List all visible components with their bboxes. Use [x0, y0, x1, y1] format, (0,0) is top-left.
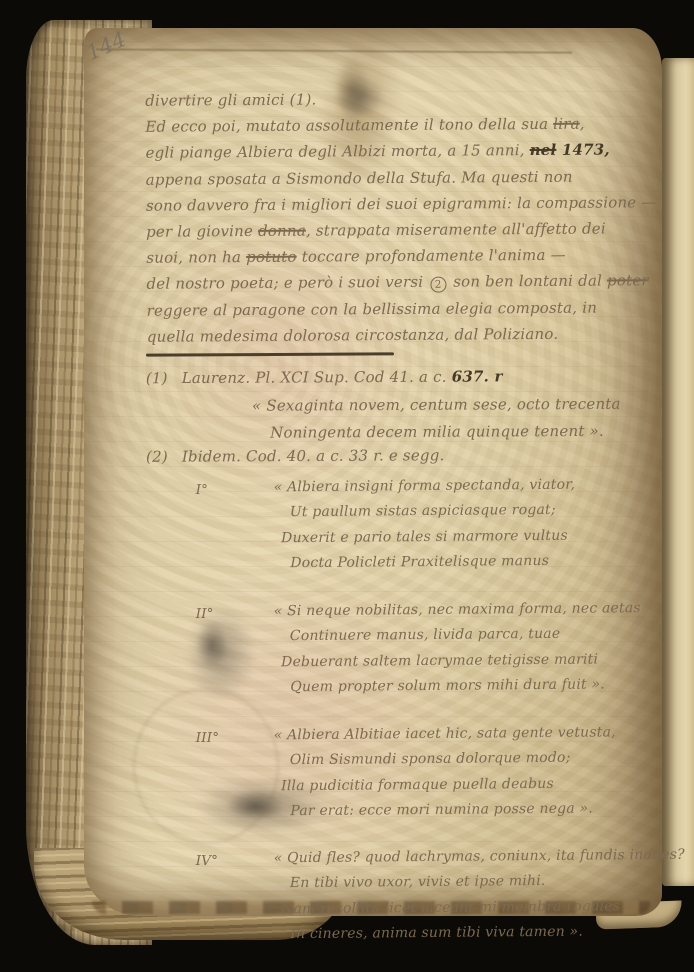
epigram-verse-line: Par erat: ecce mori numina posse nega ». [274, 796, 656, 825]
manuscript-line: sono davvero fra i migliori dei suoi epi… [146, 189, 638, 219]
epigram-verse-line: Duxerit e pario tales si marmore vultus [274, 523, 656, 552]
footnote-verse-line: « Sexaginta novem, centum sese, octo tre… [252, 390, 621, 419]
manuscript-line: appena sposata a Sismondo della Stufa. M… [146, 163, 638, 193]
epigram-verse-line: Illa pudicitia formaque puella deabus [274, 771, 656, 800]
manuscript-line: quella medesima dolorosa circostanza, da… [147, 320, 639, 350]
footnote-verse-line: Noningenta decem milia quinque tenent ». [270, 418, 621, 447]
epigram-verse-line: Continuere manus, livida parca, tuae [274, 621, 656, 650]
epigram-verse-line: In cineres, anima sum tibi viva tamen ». [274, 919, 656, 948]
text-segment: divertire gli amici (1). [145, 91, 316, 110]
text-segment: reggere al paragone con la bellissima el… [147, 298, 598, 319]
epigram-verse: « Albiera insigni forma spectanda, viato… [274, 472, 657, 577]
text-segment: nel [530, 141, 557, 159]
text-segment: sono davvero fra i migliori dei suoi epi… [146, 193, 657, 215]
epigram-verse-line: Olim Sismundi sponsa dolorque modo; [274, 745, 656, 774]
footnote-1-ref: (1) [146, 369, 168, 387]
epigram-verse: « Albiera Albitiae iacet hic, sata gente… [274, 720, 657, 825]
manuscript-line: reggere al paragone con la bellissima el… [147, 294, 639, 324]
epigram-block: I°« Albiera insigni forma spectanda, via… [196, 472, 657, 578]
manuscript-line: divertire gli amici (1). [145, 84, 637, 114]
footnote-1: (1)Laurenz. Pl. XCI Sup. Cod 41. a c. 63… [146, 363, 621, 448]
epigram-verse-line: « Si neque nobilitas, nec maxima forma, … [274, 596, 656, 625]
epigram-verse-line: « Albiera Albitiae iacet hic, sata gente… [274, 720, 656, 749]
epigram-number: IV° [196, 849, 219, 875]
text-segment: 637. r [452, 367, 503, 385]
epigram-verse-line: Docta Policleti Praxitelisque manus [274, 548, 656, 577]
manuscript-line: per la giovine donna, strappata miserame… [146, 215, 638, 245]
footnote-2: (2)Ibidem. Cod. 40. a c. 33 r. e segg. [146, 446, 445, 466]
text-segment: toccare profondamente l'anima — [297, 246, 566, 266]
epigram-number: II° [196, 602, 214, 628]
text-segment: donna [258, 222, 306, 240]
footnote-1-citation-line: (1)Laurenz. Pl. XCI Sup. Cod 41. a c. 63… [146, 363, 621, 393]
footnote-2-citation: Ibidem. Cod. 40. a c. 33 r. e segg. [182, 446, 445, 465]
epigram-block: II°« Si neque nobilitas, nec maxima form… [196, 596, 657, 702]
text-segment: potuto [246, 248, 297, 266]
epigram-verse-line: Nam resoluta licet iaceant mi membra rog… [274, 894, 656, 923]
text-segment: lira [553, 115, 580, 133]
epigram-verse-line: « Albiera insigni forma spectanda, viato… [274, 472, 656, 501]
text-segment: son ben lontani dal [448, 272, 607, 291]
text-segment: appena sposata a Sismondo della Stufa. M… [146, 167, 573, 188]
epigram-verse-line: Quem propter solum mors mihi dura fuit »… [274, 672, 656, 701]
epigram-verse: « Quid fles? quod lachrymas, coniunx, it… [274, 843, 657, 948]
text-segment: del nostro poeta; e però i suoi versi [146, 273, 428, 293]
text-segment: egli piange Albiera degli Albizi morta, … [145, 141, 529, 162]
footnote-1-verse: « Sexaginta novem, centum sese, octo tre… [146, 390, 621, 447]
epigram-block: III°« Albiera Albitiae iacet hic, sata g… [196, 720, 657, 826]
footnote-ref-marker: 2 [430, 277, 446, 293]
text-segment: suoi, non ha [146, 248, 246, 267]
epigram-verse-line: Debuerant saltem lacrymae tetigisse mari… [274, 647, 656, 676]
next-page-sliver [662, 58, 694, 886]
epigram-number: I° [196, 478, 209, 504]
epigram-verse-line: Ut paullum sistas aspiciasque rogat; [274, 497, 656, 526]
main-paragraph: divertire gli amici (1).Ed ecco poi, mut… [145, 84, 639, 349]
text-segment: , [580, 115, 585, 133]
manuscript-line: egli piange Albiera degli Albizi morta, … [145, 137, 637, 167]
epigram-verse-line: « Quid fles? quod lachrymas, coniunx, it… [274, 843, 656, 872]
text-segment: 1473, [556, 141, 610, 159]
epigram-block: IV°« Quid fles? quod lachrymas, coniunx,… [196, 843, 657, 949]
footnote-2-ref: (2) [146, 448, 168, 466]
text-segment: , strappata miseramente all'affetto dei [306, 220, 606, 240]
manuscript-line: suoi, non ha potuto toccare profondament… [146, 242, 638, 272]
manuscript-line: Ed ecco poi, mutato assolutamente il ton… [145, 110, 637, 140]
text-segment: Laurenz. Pl. XCI Sup. Cod 41. a c. [182, 368, 452, 387]
text-segment: poter [607, 272, 649, 290]
epigram-verse: « Si neque nobilitas, nec maxima forma, … [274, 596, 657, 701]
text-segment: Ed ecco poi, mutato assolutamente il ton… [145, 115, 553, 136]
epigram-number: III° [196, 726, 220, 752]
manuscript-line: del nostro poeta; e però i suoi versi 2 … [146, 268, 638, 298]
footnote-1-citation: Laurenz. Pl. XCI Sup. Cod 41. a c. 637. … [182, 367, 503, 387]
epigram-verse-line: En tibi vivo uxor, vivis et ipse mihi. [274, 868, 656, 897]
text-segment: quella medesima dolorosa circostanza, da… [147, 325, 559, 346]
text-segment: per la giovine [146, 222, 258, 241]
